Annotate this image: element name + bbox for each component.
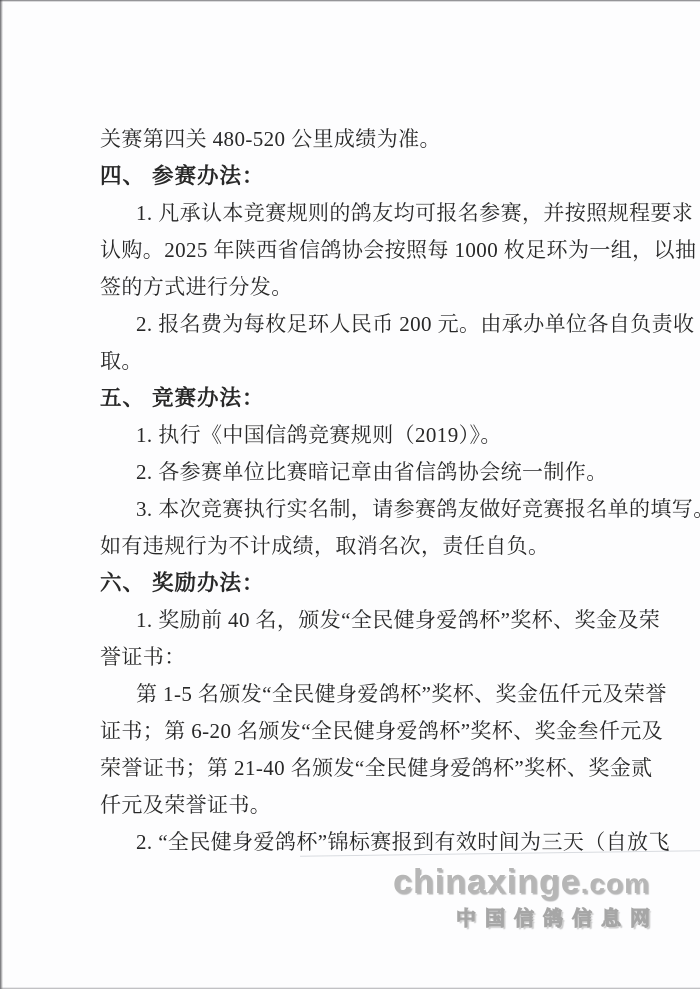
doc-line: 认购。2025 年陕西省信鸽协会按照每 1000 枚足环为一组，以抽 bbox=[100, 232, 660, 269]
document-text-block: 关赛第四关 480-520 公里成绩为准。 四、 参赛办法： 1. 凡承认本竞赛… bbox=[100, 121, 660, 861]
doc-line: 第 1-5 名颁发“全民健身爱鸽杯”奖杯、奖金伍仟元及荣誉 bbox=[100, 676, 660, 713]
watermark: chinaxinge.com 中国信鸽信息网 bbox=[393, 862, 650, 932]
heading-section-4: 四、 参赛办法： bbox=[100, 158, 660, 195]
doc-line: 关赛第四关 480-520 公里成绩为准。 bbox=[100, 121, 660, 158]
doc-line: 取。 bbox=[100, 343, 660, 380]
doc-line: 2. “全民健身爱鸽杯”锦标赛报到有效时间为三天（自放飞 bbox=[100, 824, 660, 861]
doc-line: 3. 本次竞赛执行实名制，请参赛鸽友做好竞赛报名单的填写。 bbox=[100, 491, 660, 528]
doc-line: 誉证书： bbox=[100, 639, 660, 676]
doc-line: 1. 奖励前 40 名，颁发“全民健身爱鸽杯”奖杯、奖金及荣 bbox=[100, 602, 660, 639]
doc-line: 荣誉证书；第 21-40 名颁发“全民健身爱鸽杯”奖杯、奖金贰 bbox=[100, 750, 660, 787]
doc-line: 1. 执行《中国信鸽竞赛规则（2019）》。 bbox=[100, 417, 660, 454]
watermark-brand: chinaxinge bbox=[393, 863, 581, 901]
doc-line: 证书；第 6-20 名颁发“全民健身爱鸽杯”奖杯、奖金叁仟元及 bbox=[100, 713, 660, 750]
watermark-tld: .com bbox=[581, 868, 650, 899]
doc-line: 签的方式进行分发。 bbox=[100, 269, 660, 306]
watermark-site-name: 中国信鸽信息网 bbox=[393, 906, 659, 932]
doc-line: 2. 各参赛单位比赛暗记章由省信鸽协会统一制作。 bbox=[100, 454, 660, 491]
doc-line: 1. 凡承认本竞赛规则的鸽友均可报名参赛，并按照规程要求 bbox=[100, 195, 660, 232]
doc-line: 仟元及荣誉证书。 bbox=[100, 787, 660, 824]
doc-line: 2. 报名费为每枚足环人民币 200 元。由承办单位各自负责收 bbox=[100, 306, 660, 343]
scanned-document-page: 关赛第四关 480-520 公里成绩为准。 四、 参赛办法： 1. 凡承认本竞赛… bbox=[0, 0, 700, 989]
watermark-site-url: chinaxinge.com bbox=[393, 862, 650, 904]
heading-section-5: 五、 竞赛办法： bbox=[100, 380, 660, 417]
doc-line: 如有违规行为不计成绩，取消名次，责任自负。 bbox=[100, 528, 660, 565]
heading-section-6: 六、 奖励办法： bbox=[100, 565, 660, 602]
scan-edge-top bbox=[0, 0, 700, 2]
scan-edge-left bbox=[0, 0, 3, 989]
